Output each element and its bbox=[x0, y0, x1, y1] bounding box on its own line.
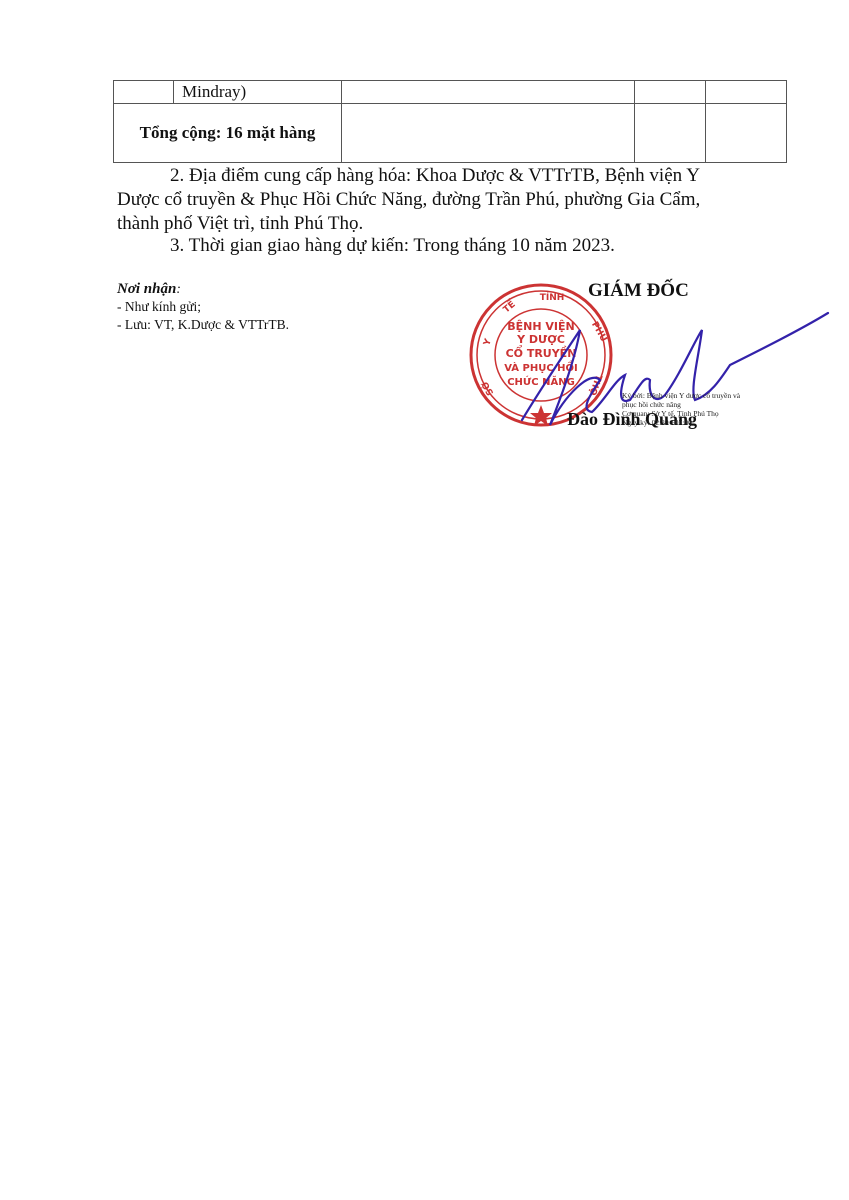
total-label: Tổng cộng: 16 mặt hàng bbox=[114, 104, 342, 163]
delivery-location-line3: thành phố Việt trì, tỉnh Phú Thọ. bbox=[117, 212, 363, 236]
digital-sig-date: Ngày ký: 02:30 +07:00 bbox=[622, 418, 740, 427]
table-cell bbox=[342, 81, 635, 104]
table-cell bbox=[114, 81, 174, 104]
svg-text:Y: Y bbox=[482, 337, 494, 348]
table-row: Mindray) bbox=[114, 81, 787, 104]
table-cell bbox=[342, 104, 635, 163]
recipients-heading: Nơi nhận bbox=[117, 281, 176, 297]
recipient-item: - Lưu: VT, K.Dược & VTTrTB. bbox=[117, 316, 289, 334]
digital-sig-org: phục hồi chức năng bbox=[622, 400, 740, 409]
recipients-block: Nơi nhận: - Như kính gửi; - Lưu: VT, K.D… bbox=[117, 280, 289, 334]
delivery-location-line2: Dược cổ truyền & Phục Hồi Chức Năng, đườ… bbox=[117, 188, 700, 212]
delivery-time: 3. Thời gian giao hàng dự kiến: Trong th… bbox=[170, 234, 615, 258]
table-cell bbox=[706, 81, 787, 104]
recipient-item: - Như kính gửi; bbox=[117, 298, 289, 316]
delivery-location-line1: 2. Địa điểm cung cấp hàng hóa: Khoa Dược… bbox=[170, 164, 700, 188]
table-cell bbox=[706, 104, 787, 163]
table-cell-item-name: Mindray) bbox=[174, 81, 342, 104]
digital-sig-signed-by: Ký bởi: Bệnh viện Y dược cổ truyền và bbox=[622, 391, 740, 400]
table-row-total: Tổng cộng: 16 mặt hàng bbox=[114, 104, 787, 163]
table-cell bbox=[635, 81, 706, 104]
recipients-colon: : bbox=[176, 281, 181, 296]
table-cell bbox=[635, 104, 706, 163]
digital-sig-agency: Cơ quan: Sở Y tế, Tỉnh Phú Thọ bbox=[622, 409, 740, 418]
items-table: Mindray) Tổng cộng: 16 mặt hàng bbox=[113, 80, 787, 163]
digital-signature-info: Ký bởi: Bệnh viện Y dược cổ truyền và ph… bbox=[622, 391, 740, 427]
